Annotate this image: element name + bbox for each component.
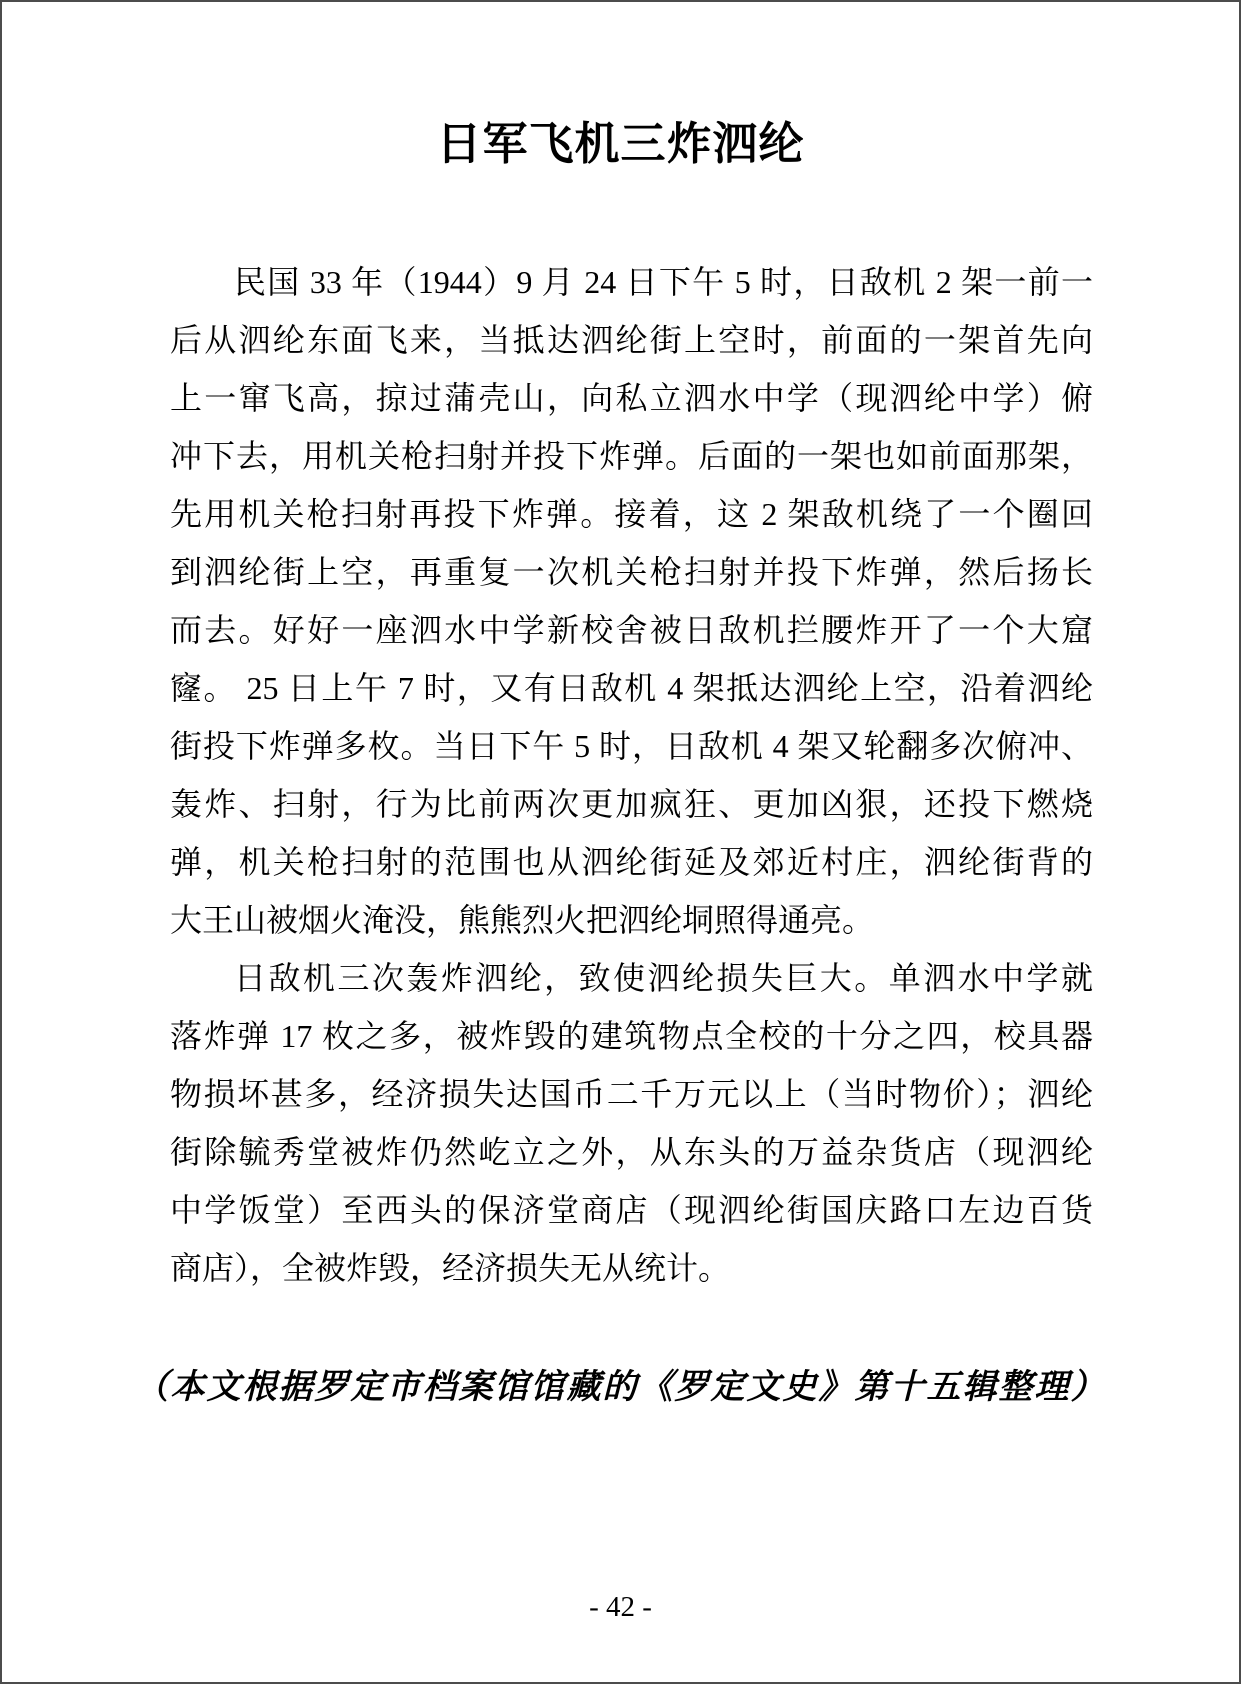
body-line: 先用机关枪扫射再投下炸弹。接着，这 2 架敌机绕了一个圈回 — [170, 485, 1093, 543]
body-line: 商店），全被炸毁，经济损失无从统计。 — [170, 1239, 1093, 1297]
source-citation: （本文根据罗定市档案馆馆藏的《罗定文史》第十五辑整理） — [2, 1362, 1239, 1414]
body-line: 到泗纶街上空，再重复一次机关枪扫射并投下炸弹，然后扬长 — [170, 543, 1093, 601]
body-line: 上一窜飞高，掠过蒲壳山，向私立泗水中学（现泗纶中学）俯 — [170, 369, 1093, 427]
body-line: 物损坏甚多，经济损失达国币二千万元以上（当时物价）；泗纶 — [170, 1065, 1093, 1123]
body-line: 民国 33 年（1944）9 月 24 日下午 5 时，日敌机 2 架一前一 — [170, 253, 1093, 311]
body-line: 中学饭堂）至西头的保济堂商店（现泗纶街国庆路口左边百货 — [170, 1181, 1093, 1239]
body-line: 后从泗纶东面飞来，当抵达泗纶街上空时，前面的一架首先向 — [170, 311, 1093, 369]
body-line: 弹，机关枪扫射的范围也从泗纶街延及郊近村庄，泗纶街背的 — [170, 833, 1093, 891]
body-line: 大王山被烟火淹没，熊熊烈火把泗纶垌照得通亮。 — [170, 891, 1093, 949]
page-title: 日军飞机三炸泗纶 — [2, 114, 1239, 174]
page-number: - 42 - — [2, 1590, 1239, 1624]
body-line: 日敌机三次轰炸泗纶，致使泗纶损失巨大。单泗水中学就 — [170, 949, 1093, 1007]
body-line: 街投下炸弹多枚。当日下午 5 时，日敌机 4 架又轮翻多次俯冲、 — [170, 717, 1093, 775]
body-line: 而去。好好一座泗水中学新校舍被日敌机拦腰炸开了一个大窟 — [170, 601, 1093, 659]
document-body: 民国 33 年（1944）9 月 24 日下午 5 时，日敌机 2 架一前一 后… — [170, 253, 1093, 1297]
document-page: 日军飞机三炸泗纶 民国 33 年（1944）9 月 24 日下午 5 时，日敌机… — [0, 0, 1241, 1684]
body-line: 街除毓秀堂被炸仍然屹立之外，从东头的万益杂货店（现泗纶 — [170, 1123, 1093, 1181]
body-line: 窿。 25 日上午 7 时，又有日敌机 4 架抵达泗纶上空，沿着泗纶 — [170, 659, 1093, 717]
body-line: 落炸弹 17 枚之多，被炸毁的建筑物点全校的十分之四，校具器 — [170, 1007, 1093, 1065]
body-line: 冲下去，用机关枪扫射并投下炸弹。后面的一架也如前面那架， — [170, 427, 1093, 485]
body-line: 轰炸、扫射，行为比前两次更加疯狂、更加凶狠，还投下燃烧 — [170, 775, 1093, 833]
